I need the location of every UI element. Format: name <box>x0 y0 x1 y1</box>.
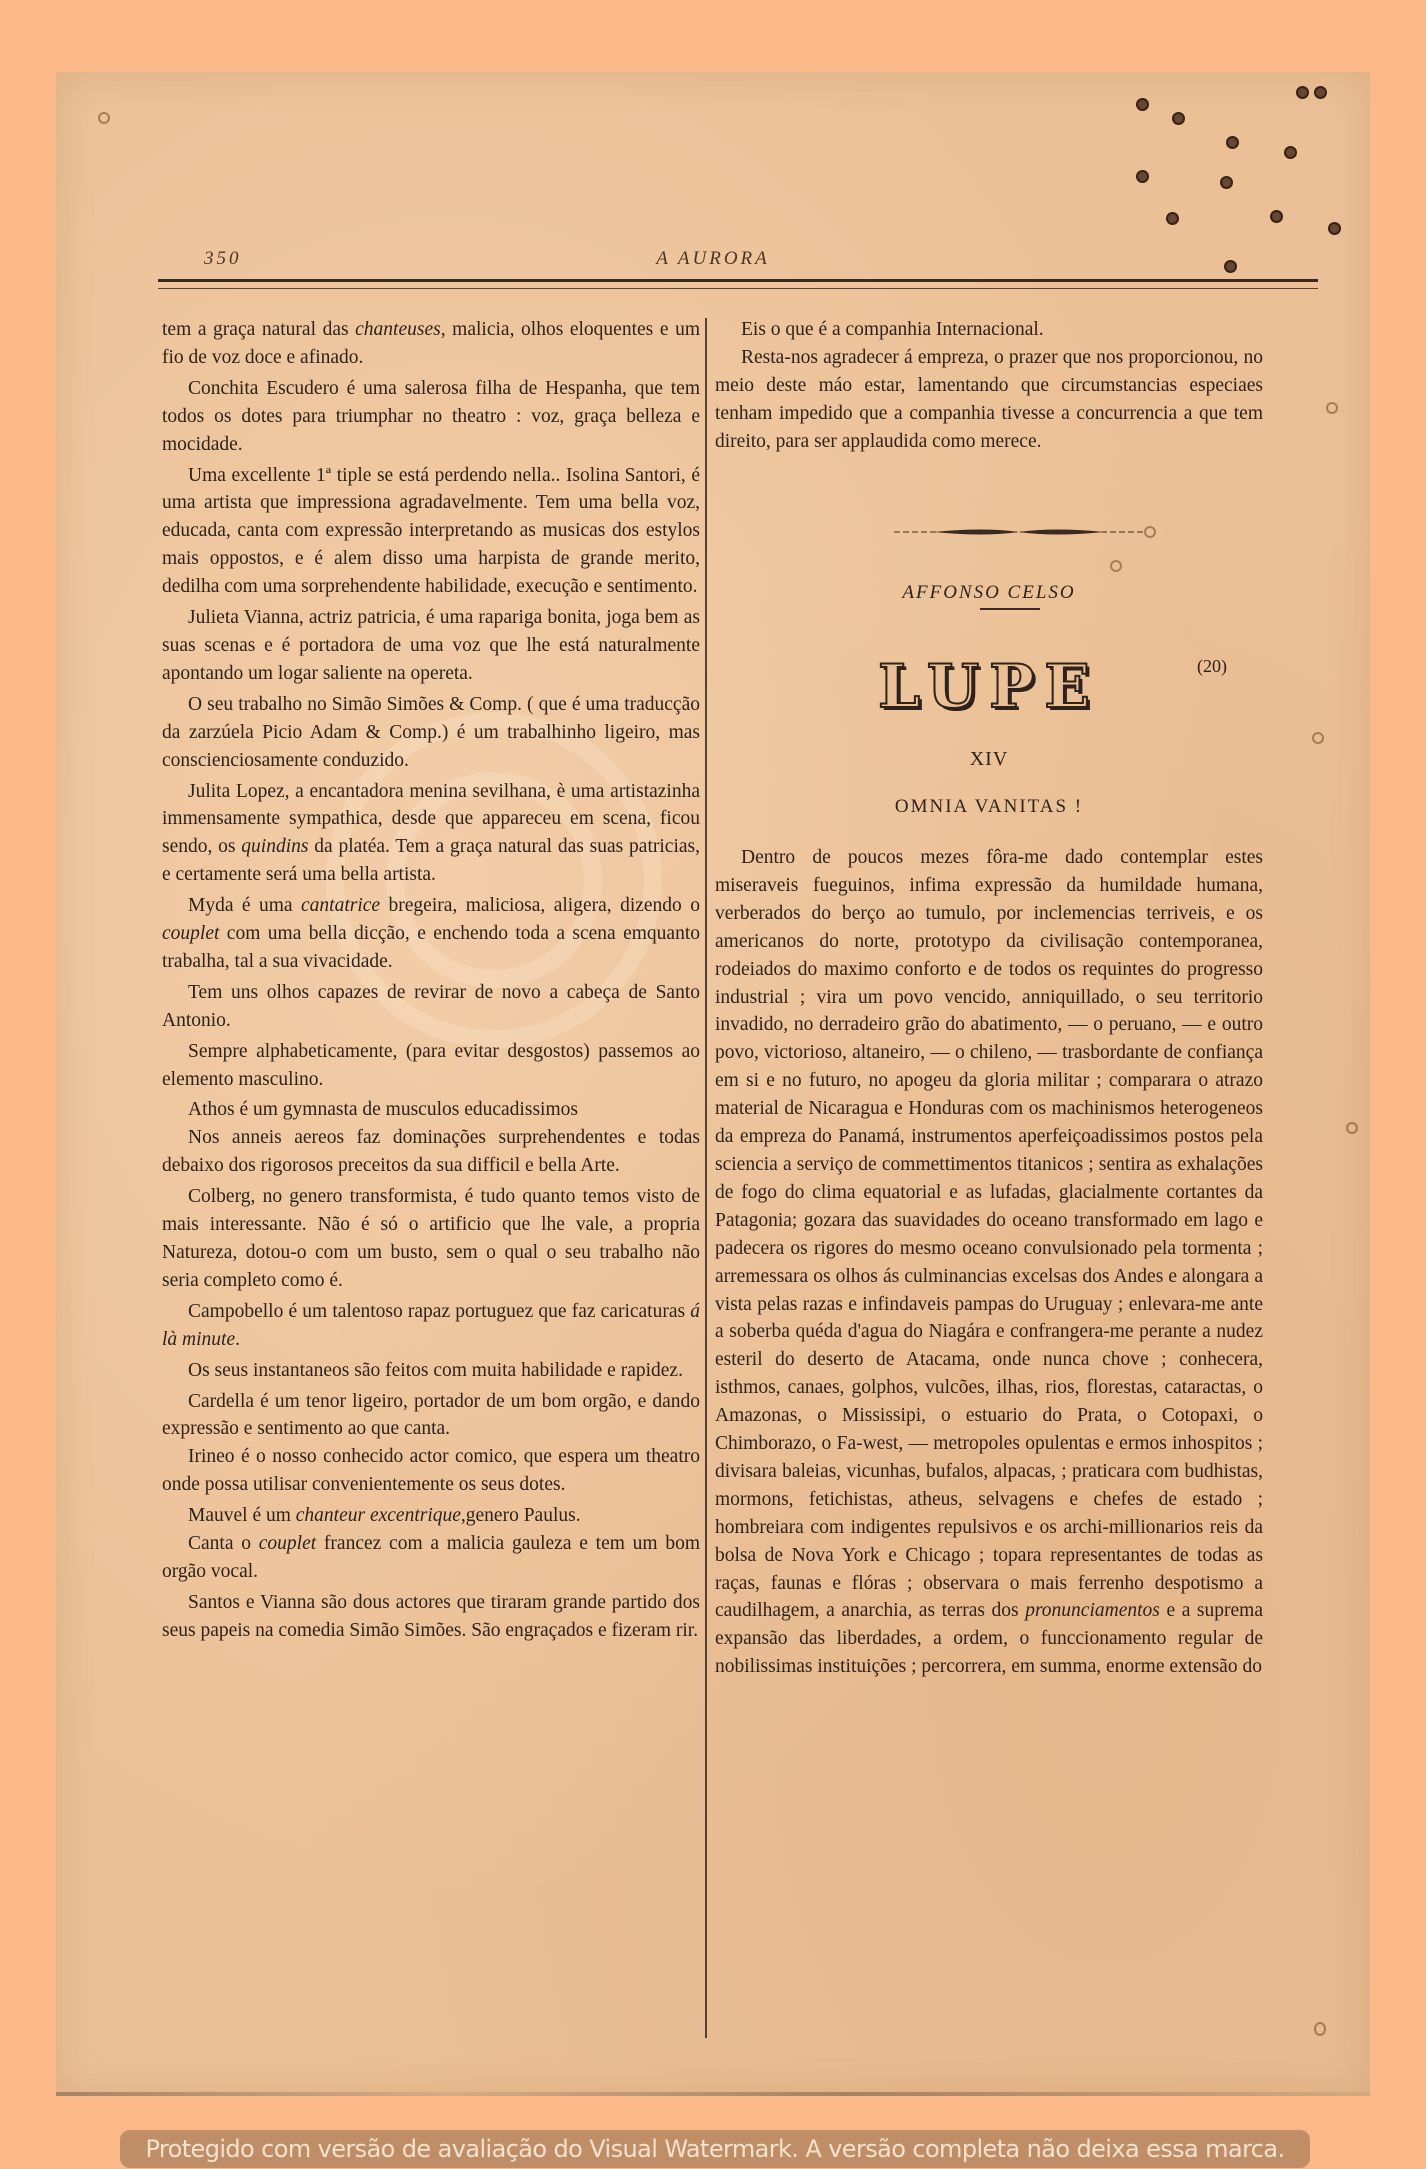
paper-spot <box>1220 176 1233 189</box>
paragraph: Santos e Vianna são dous actores que tir… <box>162 1589 700 1645</box>
paragraph: Julieta Vianna, actriz patricia, é uma r… <box>162 604 700 688</box>
paper-spot <box>1328 222 1341 235</box>
column-divider <box>705 318 707 2038</box>
paper-spot <box>1314 86 1327 99</box>
paragraph: Colberg, no genero transformista, é tudo… <box>162 1183 700 1295</box>
paragraph: Nos anneis aereos faz dominações surpreh… <box>162 1124 700 1180</box>
newspaper-page: 350 A AURORA tem a graça natural das cha… <box>56 72 1370 2096</box>
watermark-notice: Protegido com versão de avaliação do Vis… <box>120 2130 1310 2168</box>
paragraph: Conchita Escudero é uma salerosa filha d… <box>162 375 700 459</box>
running-head: 350 A AURORA <box>56 248 1370 278</box>
chapter-title: OMNIA VANITAS ! <box>715 796 1263 818</box>
paragraph: Athos é um gymnasta de musculos educadis… <box>162 1096 700 1124</box>
paper-spot <box>1296 86 1309 99</box>
paragraph: Mauvel é um chanteur excentrique,genero … <box>162 1502 700 1530</box>
header-rule <box>158 279 1318 289</box>
paper-spot <box>1136 98 1149 111</box>
paragraph: Dentro de poucos mezes fôra-me dado cont… <box>715 844 1263 1681</box>
serial-heading: LUPE (20) <box>715 652 1263 722</box>
chapter-number: XIV <box>715 748 1263 771</box>
paragraph: Sempre alphabeticamente, (para evitar de… <box>162 1038 700 1094</box>
paragraph: Tem uns olhos capazes de revirar de novo… <box>162 979 700 1035</box>
paragraph: Cardella é um tenor ligeiro, portador de… <box>162 1388 700 1444</box>
paragraph: O seu trabalho no Simão Simões & Comp. (… <box>162 691 700 775</box>
paragraph: Julita Lopez, a encantadora menina sevil… <box>162 778 700 890</box>
paper-spot <box>1144 526 1156 538</box>
paragraph: Eis o que é a companhia Internacional. <box>715 316 1263 344</box>
left-column: tem a graça natural das chanteuses, mali… <box>162 316 700 1645</box>
paper-spot <box>1312 732 1324 744</box>
paper-spot <box>1346 1122 1358 1134</box>
serial-title: LUPE <box>878 652 1100 722</box>
paper-spot <box>1314 2022 1326 2036</box>
paragraph: Myda é uma cantatrice bregeira, malicios… <box>162 892 700 976</box>
right-column-top: Eis o que é a companhia Internacional. R… <box>715 316 1263 456</box>
paragraph: tem a graça natural das chanteuses, mali… <box>162 316 700 372</box>
paper-spot <box>1326 402 1338 414</box>
paper-spot <box>1270 210 1283 223</box>
paragraph: Uma excellente 1ª tiple se está perdendo… <box>162 462 700 602</box>
paragraph: Campobello é um talentoso rapaz portugue… <box>162 1298 700 1354</box>
paper-spot <box>1284 146 1297 159</box>
right-column-body: Dentro de poucos mezes fôra-me dado cont… <box>715 844 1263 1681</box>
paper-spot <box>1110 560 1122 572</box>
journal-title: A AURORA <box>56 248 1370 270</box>
paper-spot <box>98 112 110 124</box>
serial-footnote-mark: (20) <box>1197 656 1227 677</box>
ornament-divider-icon <box>894 526 1144 538</box>
paper-spot <box>1226 136 1239 149</box>
paper-spot <box>1136 170 1149 183</box>
paper-spot <box>1172 112 1185 125</box>
paragraph: Canta o couplet francez com a malicia ga… <box>162 1530 700 1586</box>
paragraph: Os seus instantaneos são feitos com muit… <box>162 1357 700 1385</box>
paragraph: Resta-nos agradecer á empreza, o prazer … <box>715 344 1263 456</box>
page-bottom-edge <box>56 2092 1370 2096</box>
paragraph: Irineo é o nosso conhecido actor comico,… <box>162 1443 700 1499</box>
signature-rule <box>980 608 1040 610</box>
paper-spot <box>1166 212 1179 225</box>
author-signature: AFFONSO CELSO <box>715 582 1263 604</box>
